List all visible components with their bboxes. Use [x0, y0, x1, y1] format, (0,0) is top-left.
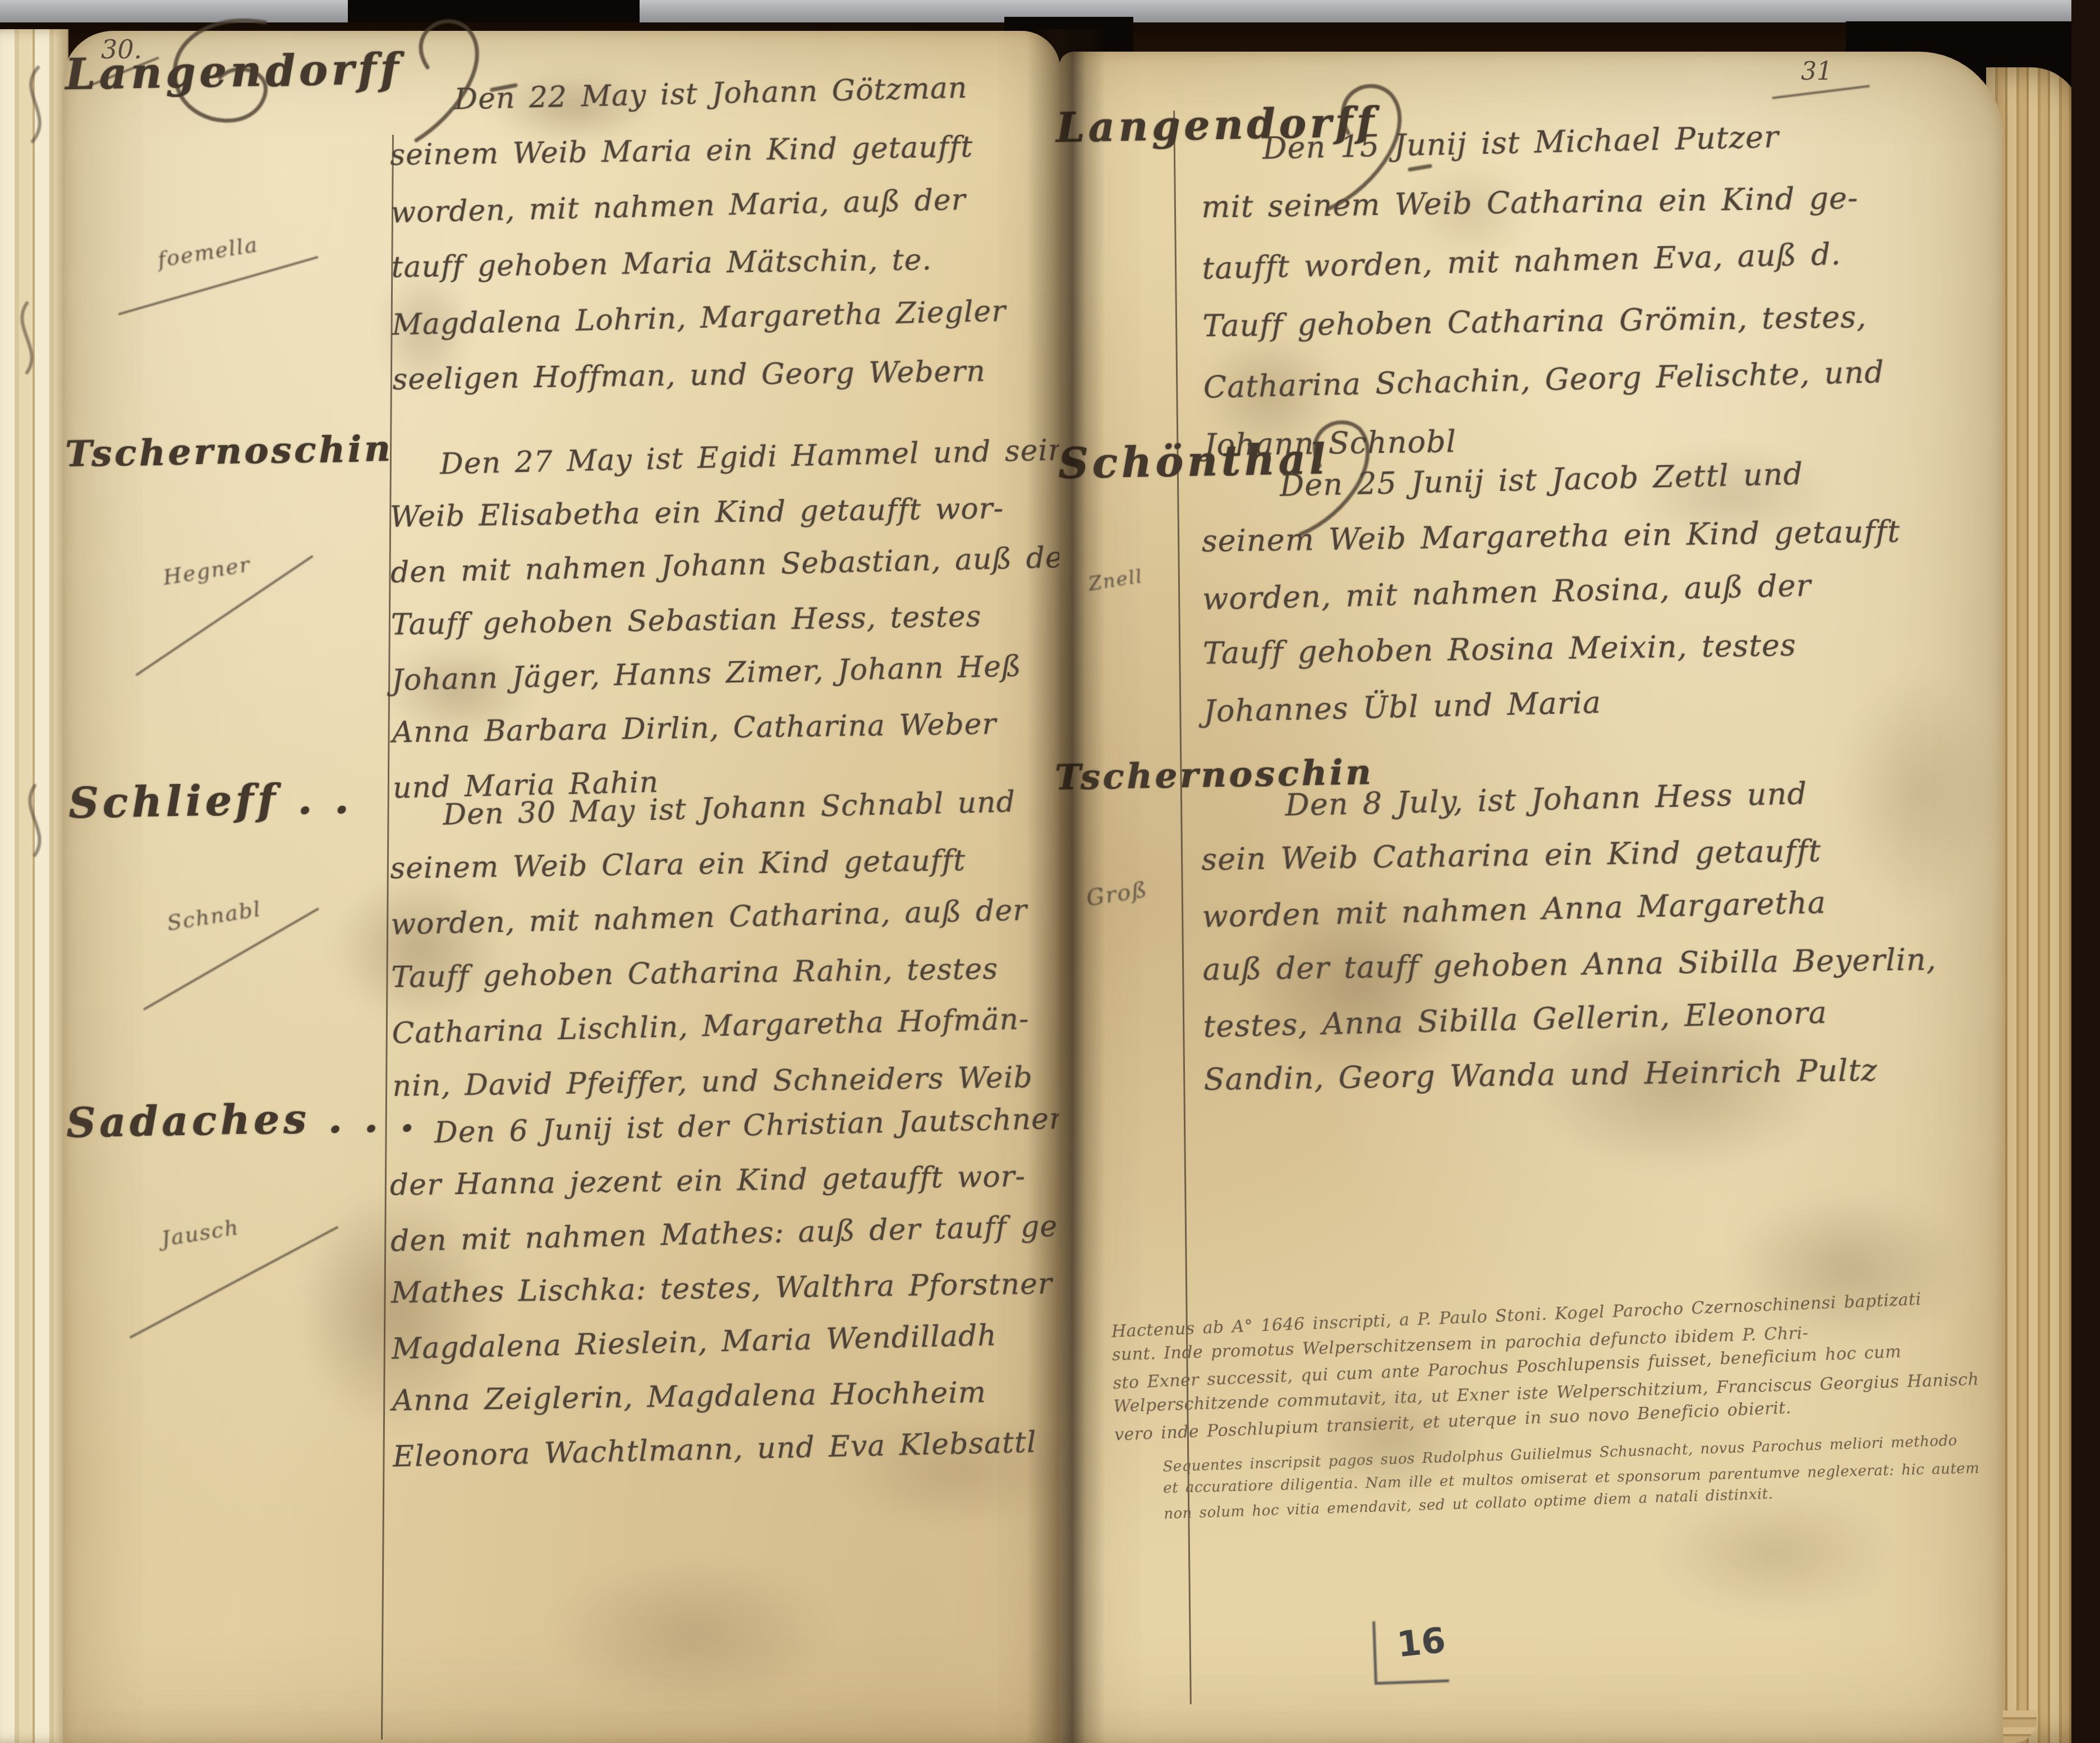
left-page: 30. Langendorff foemella Den 22 May ist … — [63, 31, 1060, 1743]
margin-note-underline — [130, 1226, 339, 1339]
latin-annotation: Hactenus ab A° 1646 inscripti, a P. Paul… — [1111, 1290, 1973, 1443]
pencil-folio-number: 16 — [1395, 1620, 1447, 1666]
right-page: 31 Langendorff Den 15 Junij ist Michael … — [1059, 52, 2003, 1743]
register-line: Den 8 July, ist Johann Hess und — [1284, 763, 1935, 833]
register-book-scan: 30. Langendorff foemella Den 22 May ist … — [0, 0, 2100, 1743]
book-gutter-shadow — [1027, 29, 1105, 1743]
book-cover-right-edge — [2071, 0, 2100, 1743]
page-edge-ink-marks — [3, 45, 71, 887]
entry-place-heading: Sadaches . . . — [66, 1093, 418, 1147]
register-line: Sandin, Georg Wanda und Heinrich Pultz — [1203, 1042, 1938, 1107]
register-entry: Sadaches . . . Jausch Den 6 Junij ist de… — [63, 31, 1060, 1743]
entry-margin-note: Jausch — [159, 1214, 241, 1251]
